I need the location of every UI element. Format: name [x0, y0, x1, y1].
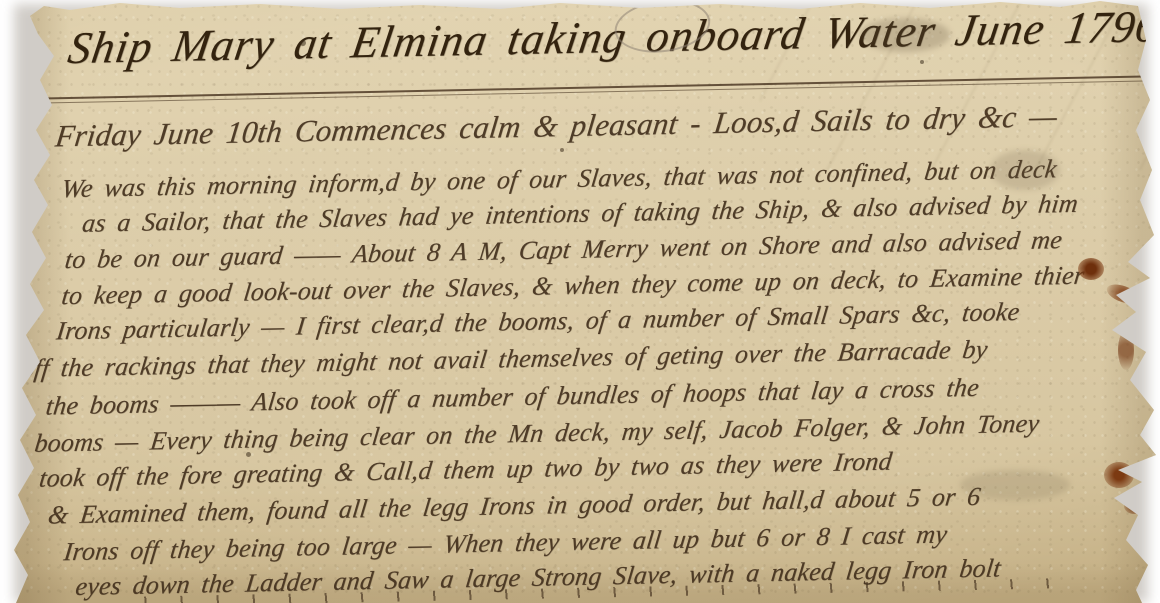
ink-speck [246, 452, 251, 457]
page-heading: Ship Mary at Elmina taking onboard Water… [65, 0, 1160, 74]
ink-smudge [860, 18, 950, 52]
scan-background: Ship Mary at Elmina taking onboard Water… [0, 0, 1160, 603]
ink-speck [920, 60, 924, 64]
manuscript-content: Ship Mary at Elmina taking onboard Water… [0, 0, 1160, 603]
ink-smudge [960, 470, 1070, 500]
ink-speck [560, 148, 564, 152]
ink-speck [300, 40, 306, 46]
ink-smudge [990, 150, 1060, 190]
manuscript-page: Ship Mary at Elmina taking onboard Water… [0, 0, 1160, 603]
heading-rule-top [30, 75, 1148, 99]
wax-stain [1078, 258, 1104, 280]
manuscript-line: Friday June 10th Commences calm & pleasa… [53, 98, 1059, 154]
